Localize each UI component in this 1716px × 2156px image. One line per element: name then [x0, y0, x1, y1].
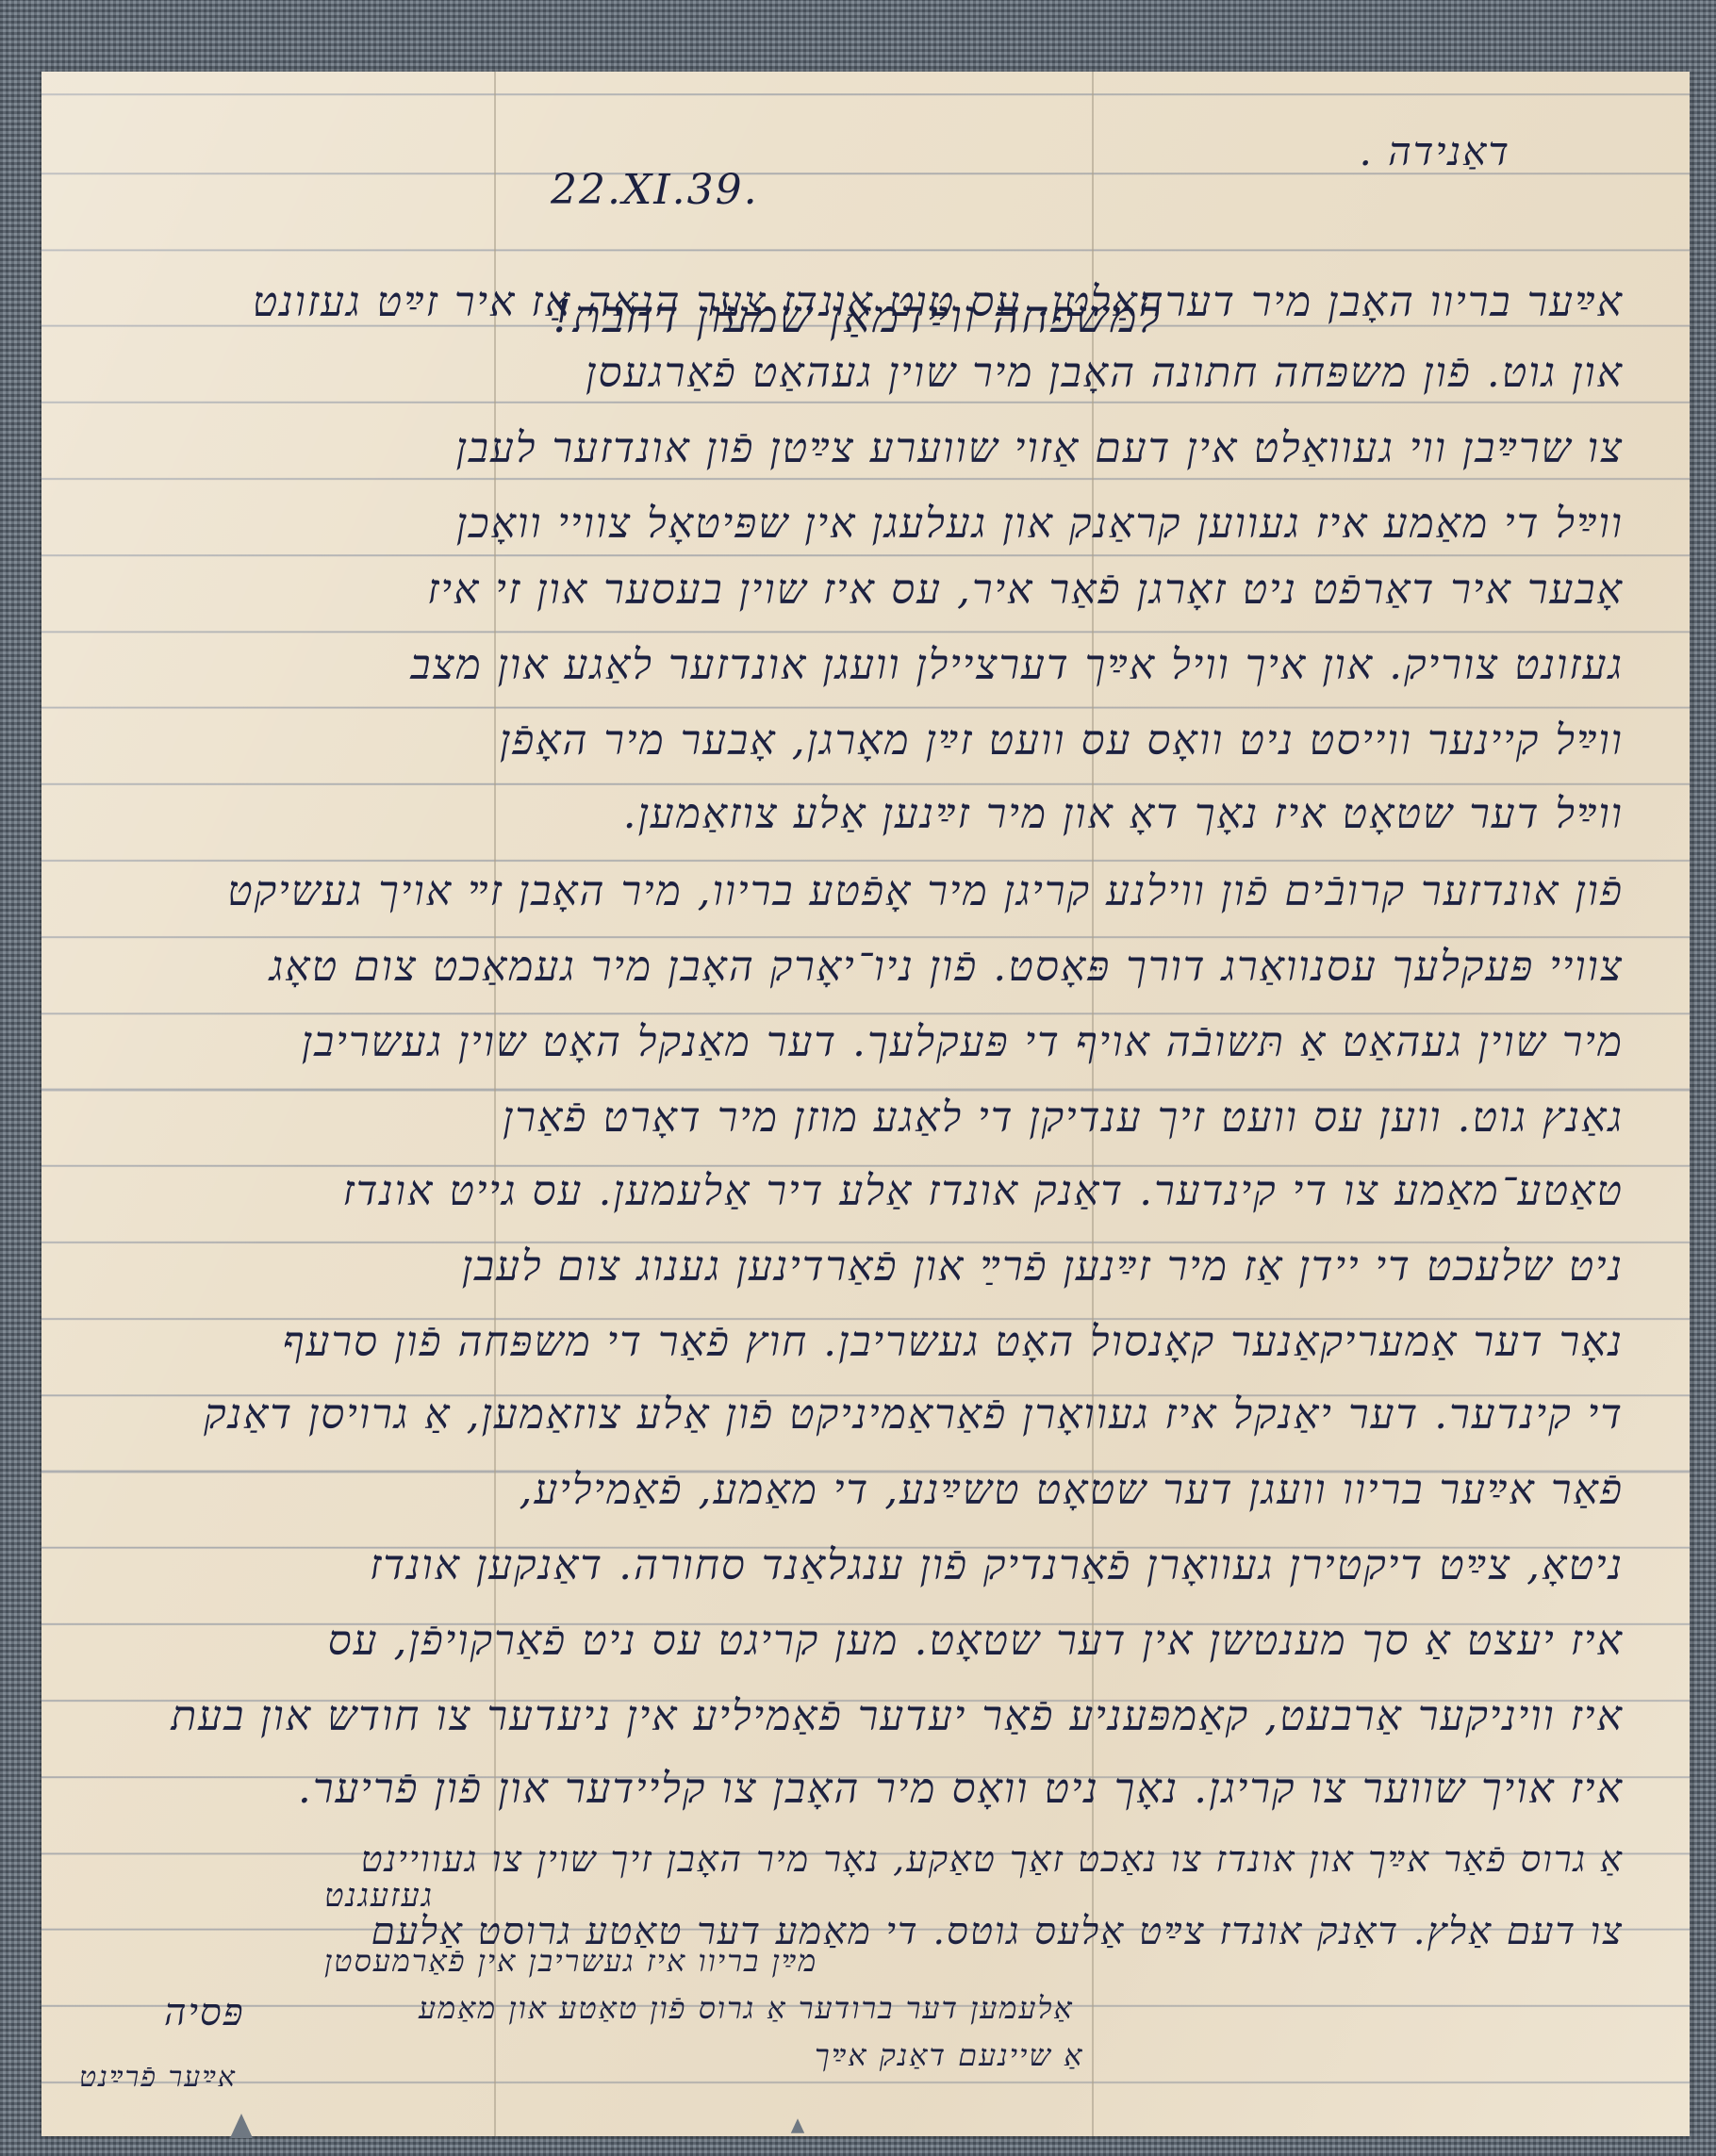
- letter-line: איז אויך שווער צו קריגן. נאָך ניט וואָס …: [79, 1765, 1624, 1813]
- letter-line: און גוט. פֿון משפּחה חתונה האָבן מיר שוי…: [79, 349, 1624, 397]
- postscript-line: אַ שיינעם דאַנק אײַך: [815, 2037, 1083, 2073]
- letter-line: איז וויניקער אַרבעט, קאַמפּעניע פֿאַר יע…: [79, 1692, 1624, 1740]
- letter-line: צוויי פּעקלעך עסנוואַרג דורך פּאָסט. פֿו…: [79, 943, 1624, 991]
- signature: פּסיה: [164, 1990, 245, 2034]
- letter-line: ניט שלעכט די יידן אַז מיר זײַנען פֿרײַ א…: [79, 1243, 1624, 1291]
- letter-line: ווײַל קיינער ווייסט ניט וואָס עס וועט זײ…: [79, 716, 1624, 765]
- postscript-line: אַלעמען דער ברודער אַ גרוס פֿון טאַטע או…: [419, 1990, 1074, 2026]
- sign-off: געזעגנט: [324, 1877, 434, 1915]
- letter-line: אָבער איר דאַרפֿט ניט זאָרגן פֿאַר איר, …: [79, 566, 1624, 614]
- letter-line: איז יעצט אַ סך מענטשן אין דער שטאָט. מען…: [79, 1617, 1624, 1665]
- letter-line: די קינדער. דער יאַנקל איז געוואָרן פֿאַר…: [79, 1391, 1624, 1439]
- letter-line: טאַטע־מאַמע צו די קינדער. דאַנק אונדז אַ…: [79, 1167, 1624, 1215]
- signature: אײַער פֿרײַנט: [79, 2061, 237, 2094]
- letter-line: ווײַל די מאַמע איז געווען קראַנק און געל…: [79, 500, 1624, 548]
- letter-place: דאַנידה .: [1359, 128, 1510, 175]
- letter-line: אַ גרוס פֿאַר אײַך און אונדז צו נאַכט זא…: [79, 1838, 1624, 1881]
- letter-line: גאַנץ גוט. ווען עס וועט זיך ענדיקן די לא…: [79, 1094, 1624, 1142]
- letter-page: דאַנידה . 22.XI.39. למשפחה ווײַדמאַן שמע…: [41, 72, 1690, 2136]
- letter-line: צו שרײַבן ווי געוואַלט אין דעם אַזוי שוו…: [79, 424, 1624, 472]
- postscript-line: מײַן בריוו איז געשריבן אין פֿאַרמעסטן: [324, 1943, 817, 1979]
- torn-edge: [791, 2118, 804, 2133]
- letter-line: ווײַל דער שטאָט איז נאָך דאָ און מיר זײַ…: [79, 790, 1624, 838]
- letter-line: פֿון אונדזער קרובֿים פֿון ווילנע קריגן מ…: [79, 867, 1624, 915]
- letter-date: 22.XI.39.: [551, 166, 759, 214]
- letter-line: אײַער בריוו האָבן מיר דערהאַלטן. עס טוט …: [79, 278, 1624, 326]
- letter-line: פֿאַר אײַער בריוו וועגן דער שטאָט טשײַנע…: [79, 1466, 1624, 1514]
- letter-line: צו דעם אַלץ. דאַנק אונדז צײַט אַלעס גוטס…: [79, 1909, 1624, 1953]
- letter-line: ניטאָ, צײַט דיקטירן געוואָרן פֿאַרנדיק פ…: [79, 1541, 1624, 1589]
- letter-line: מיר שוין געהאַט אַ תּשובֿה אויף די פּעקל…: [79, 1018, 1624, 1066]
- letter-line: נאָר דער אַמעריקאַנער קאָנסול האָט געשרי…: [79, 1318, 1624, 1366]
- torn-edge: [230, 2114, 253, 2138]
- letter-line: געזונט צוריק. און איך וויל אײַך דערציילן…: [79, 641, 1624, 689]
